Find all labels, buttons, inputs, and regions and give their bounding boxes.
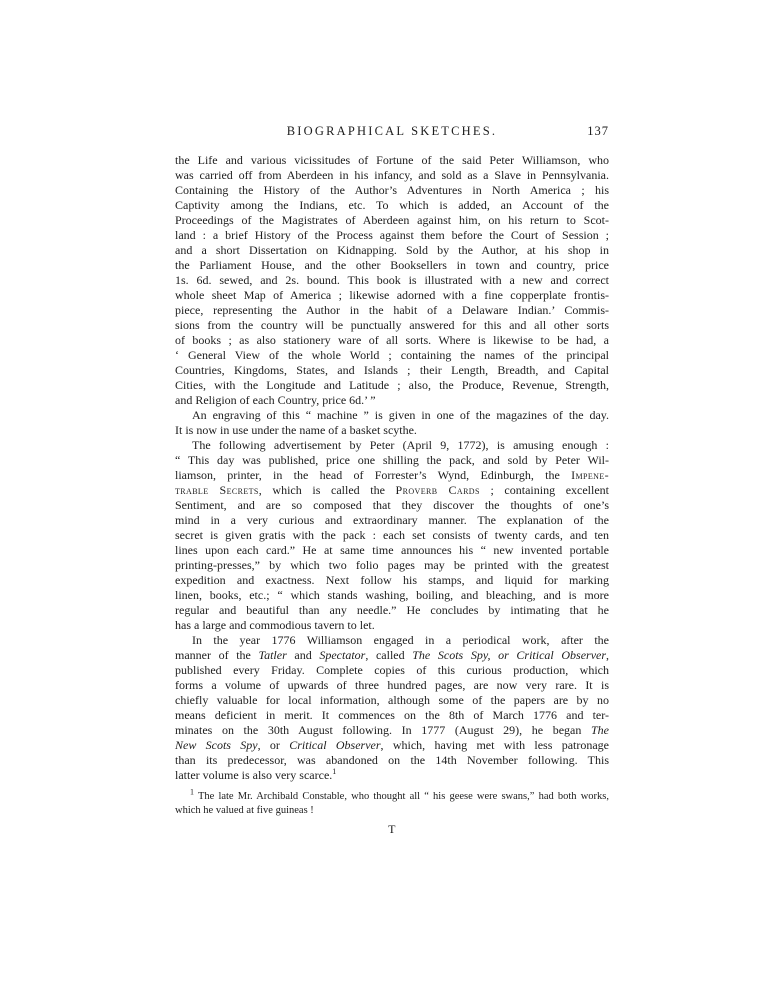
- small-caps-text: Impene-: [571, 468, 609, 482]
- text-line: the Life and various vicissitudes of For…: [175, 153, 609, 168]
- text-line: Sentiment, and are so composed that they…: [175, 498, 609, 513]
- text-line: ‘ General View of the whole World ; cont…: [175, 348, 609, 363]
- text-line: manner of the Tatler and Spectator, call…: [175, 648, 609, 663]
- text-line: mind in a very curious and extraordinary…: [175, 513, 609, 528]
- italic-text: Spectator: [319, 648, 365, 662]
- text-line: An engraving of this “ machine ” is give…: [175, 408, 609, 423]
- text-line: printing-presses,” by which two folio pa…: [175, 558, 609, 573]
- footnote-line: 1 The late Mr. Archibald Constable, who …: [175, 790, 609, 804]
- small-caps-text: trable Secrets: [175, 483, 259, 497]
- text-line: In the year 1776 Williamson engaged in a…: [175, 633, 609, 648]
- page-number: 137: [587, 124, 609, 139]
- text-line: latter volume is also very scarce.1: [175, 768, 609, 783]
- text-line: and a short Dissertation on Kidnapping. …: [175, 243, 609, 258]
- text-line: chiefly valuable for local information, …: [175, 693, 609, 708]
- italic-text: New Scots Spy: [175, 738, 258, 752]
- text-line: Cities, with the Longitude and Latitude …: [175, 378, 609, 393]
- italic-text: Critical Observer: [289, 738, 380, 752]
- text-line: “ This day was published, price one shil…: [175, 453, 609, 468]
- text-line: New Scots Spy, or Critical Observer, whi…: [175, 738, 609, 753]
- footnote: 1 The late Mr. Archibald Constable, who …: [175, 790, 609, 817]
- text-line: linen, books, etc.; “ which stands washi…: [175, 588, 609, 603]
- text-line: sions from the country will be punctuall…: [175, 318, 609, 333]
- italic-text: Tatler: [259, 648, 287, 662]
- text-line: liamson, printer, in the head of Forrest…: [175, 468, 609, 483]
- text-line: regular and beautiful than any needle.” …: [175, 603, 609, 618]
- page-content: BIOGRAPHICAL SKETCHES. 137 the Life and …: [175, 124, 609, 837]
- text-line: piece, representing the Author in the ha…: [175, 303, 609, 318]
- text-line: Containing the History of the Author’s A…: [175, 183, 609, 198]
- book-page: BIOGRAPHICAL SKETCHES. 137 the Life and …: [0, 0, 782, 1000]
- text-line: and Religion of each Country, price 6d.’…: [175, 393, 609, 408]
- text-line: minates on the 30th August following. In…: [175, 723, 609, 738]
- text-line: was carried off from Aberdeen in his inf…: [175, 168, 609, 183]
- text-line: means deficient in merit. It commences o…: [175, 708, 609, 723]
- text-line: 1s. 6d. sewed, and 2s. bound. This book …: [175, 273, 609, 288]
- text-line: The following advertisement by Peter (Ap…: [175, 438, 609, 453]
- text-line: published every Friday. Complete copies …: [175, 663, 609, 678]
- body-text: the Life and various vicissitudes of For…: [175, 153, 609, 783]
- text-line: land : a brief History of the Process ag…: [175, 228, 609, 243]
- text-line: Countries, Kingdoms, States, and Islands…: [175, 363, 609, 378]
- footnote-line: which he valued at five guineas !: [175, 804, 609, 818]
- signature-mark: T: [175, 822, 609, 837]
- text-line: Proceedings of the Magistrates of Aberde…: [175, 213, 609, 228]
- text-line: Captivity among the Indians, etc. To whi…: [175, 198, 609, 213]
- text-line: lines upon each card.” He at same time a…: [175, 543, 609, 558]
- text-line: has a large and commodious tavern to let…: [175, 618, 609, 633]
- text-line: of books ; as also stationery ware of al…: [175, 333, 609, 348]
- italic-text: The Scots Spy, or Critical Observer: [412, 648, 606, 662]
- text-line: It is now in use under the name of a bas…: [175, 423, 609, 438]
- text-line: the Parliament House, and the other Book…: [175, 258, 609, 273]
- text-line: trable Secrets, which is called the Prov…: [175, 483, 609, 498]
- text-line: forms a volume of upwards of three hundr…: [175, 678, 609, 693]
- paragraph: The following advertisement by Peter (Ap…: [175, 438, 609, 633]
- paragraph: the Life and various vicissitudes of For…: [175, 153, 609, 408]
- italic-text: The: [591, 723, 609, 737]
- small-caps-text: Proverb Cards: [396, 483, 480, 497]
- superscript-marker: 1: [332, 767, 336, 776]
- superscript-marker: 1: [190, 788, 194, 797]
- running-header: BIOGRAPHICAL SKETCHES. 137: [175, 124, 609, 140]
- text-line: expedition and exactness. Next follow hi…: [175, 573, 609, 588]
- text-line: whole sheet Map of America ; likewise ad…: [175, 288, 609, 303]
- paragraph: An engraving of this “ machine ” is give…: [175, 408, 609, 438]
- text-line: than its predecessor, was abandoned on t…: [175, 753, 609, 768]
- header-title: BIOGRAPHICAL SKETCHES.: [175, 124, 609, 139]
- paragraph: In the year 1776 Williamson engaged in a…: [175, 633, 609, 783]
- text-line: secret is given gratis with the pack : e…: [175, 528, 609, 543]
